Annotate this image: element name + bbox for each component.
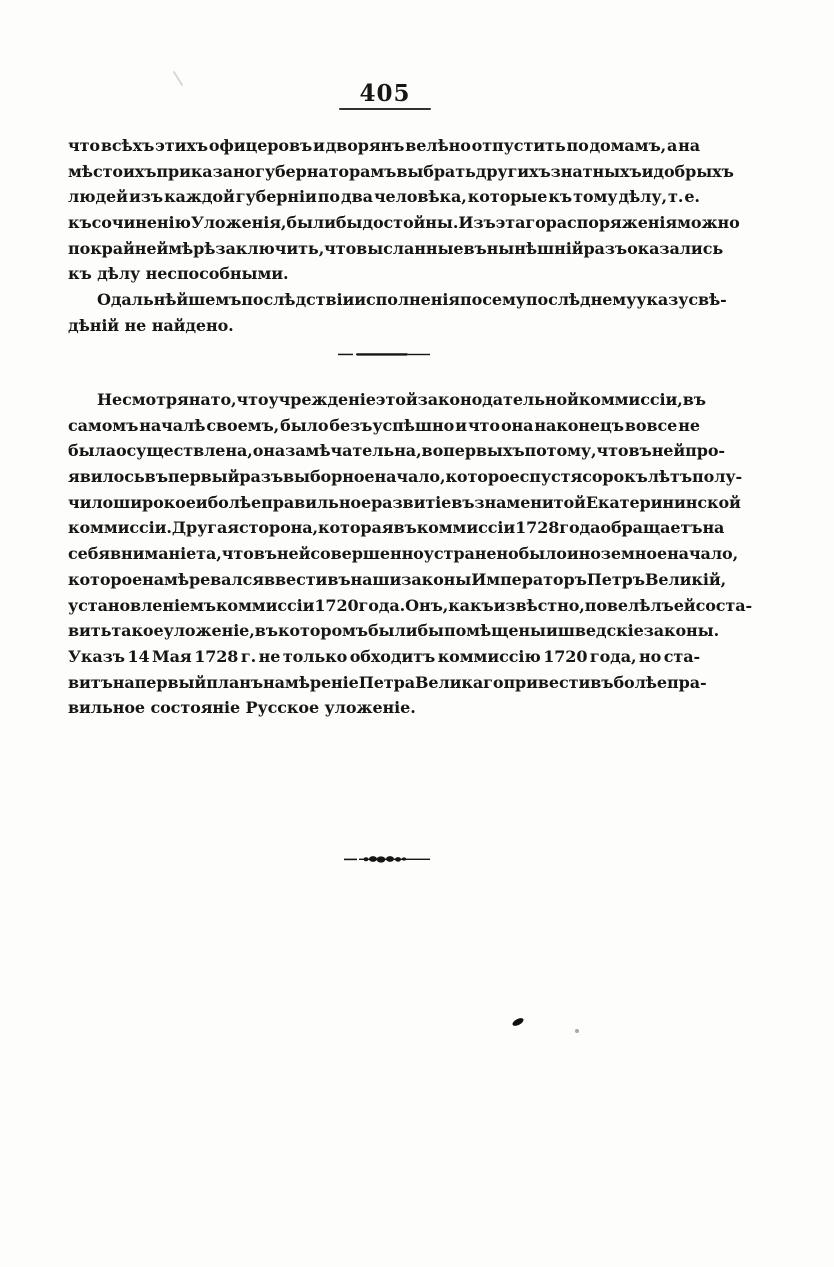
text-line: коммиссіи.Другаясторона,котораявъкоммисс…: [68, 515, 700, 541]
text-line: котороенамѣревалсяввестивънашизаконыИмпе…: [68, 567, 700, 593]
text-line: чилоширокоеиболѣеправильноеразвитіевъзна…: [68, 490, 700, 516]
text-line: мѣстоихъприказаногубернаторамъвыбратьдру…: [68, 159, 700, 185]
page-number: 405: [338, 82, 432, 106]
text-line: вильное состояніе Русское уложеніе.: [68, 695, 700, 721]
text-line: дѣній не найдено.: [68, 313, 700, 339]
paragraph-1: чтовсѣхъэтихъофицеровъидворянъвелѣноотпу…: [68, 133, 700, 287]
text-line: самомъначалѣсвоемъ,былобезъуспѣшноичтоон…: [68, 413, 700, 439]
text-line: явилосьвъпервыйразъвыборноеначало,которо…: [68, 464, 700, 490]
text-line: себявниманіета,чтовънейсовершенноустране…: [68, 541, 700, 567]
page-number-rule: [339, 108, 431, 110]
text-line: чтовсѣхъэтихъофицеровъидворянъвелѣноотпу…: [68, 133, 700, 159]
text-line: къ дѣлу неспособными.: [68, 261, 700, 287]
text-line: людейизъкаждойгуберніиподвачеловѣка,кото…: [68, 184, 700, 210]
text-block-upper: чтовсѣхъэтихъофицеровъидворянъвелѣноотпу…: [68, 133, 700, 339]
text-line: витьтакоеуложеніе,въкоторомъбылибыпомѣще…: [68, 618, 700, 644]
book-page: 405 чтовсѣхъэтихъофицеровъидворянъвелѣно…: [0, 0, 834, 1267]
text-line: установленіемъкоммиссіи1720года.Онъ,какъ…: [68, 593, 700, 619]
ink-speck: [575, 1029, 579, 1033]
ink-smudge: [173, 71, 184, 86]
paragraph-3: Несмотрянато,чтоучрежденіеэтойзаконодате…: [68, 387, 700, 721]
text-line: покрайнеймѣрѣзаключить,чтовысланныевънын…: [68, 236, 700, 262]
text-line: късочиненіюУложенія,былибыдостойны.Изъэт…: [68, 210, 700, 236]
text-line: витънапервыйпланънамѣреніеПетраВеликагоп…: [68, 670, 700, 696]
text-line: Несмотрянато,чтоучрежденіеэтойзаконодате…: [68, 387, 700, 413]
end-ornament: [344, 854, 432, 864]
text-line: Указъ14Мая1728г.нетолькообходитъкоммиссі…: [68, 644, 700, 670]
text-line: Одальнѣйшемъпослѣдствіиисполненіяпосемуп…: [68, 287, 700, 313]
text-block-lower: Несмотрянато,чтоучрежденіеэтойзаконодате…: [68, 387, 700, 721]
paragraph-2: Одальнѣйшемъпослѣдствіиисполненіяпосемуп…: [68, 287, 700, 338]
ink-speck: [511, 1017, 524, 1028]
section-divider-rule: [338, 350, 430, 358]
page-header: 405: [338, 82, 432, 110]
text-line: былаосуществлена,оназамѣчательна,вопервы…: [68, 438, 700, 464]
